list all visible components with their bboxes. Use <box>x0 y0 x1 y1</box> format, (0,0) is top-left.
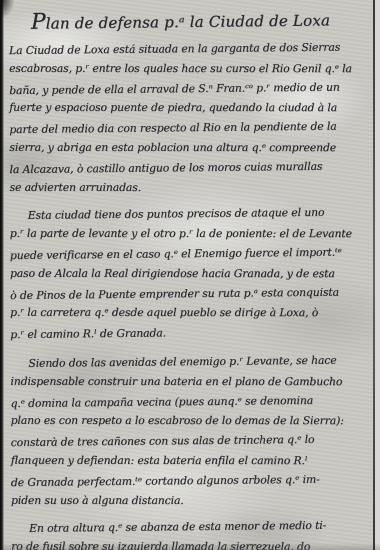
manuscript-line: Siendo dos las avenidas del enemigo p.ʳ … <box>10 350 367 374</box>
manuscript-line: se advierten arruinadas. <box>10 177 367 197</box>
top-left-smudge <box>0 0 14 18</box>
photo-right-edge-line <box>373 0 375 550</box>
manuscript-line: puede verificarse en el caso q.ᵉ el Enem… <box>10 242 367 266</box>
manuscript-line: de Granada perfectam.ᵗᵉ cortando algunos… <box>11 469 368 493</box>
manuscript-line: p.ʳ el camino R.ˡ de Granada. <box>10 321 367 345</box>
manuscript-line: sierra, y abriga en esta poblacion una a… <box>9 138 366 158</box>
manuscript-line: p.ʳ la carretera q.ᵉ desde aquel pueblo … <box>10 303 367 323</box>
manuscript-line: En otra altura q.ᵉ se abanza de esta men… <box>11 516 368 540</box>
manuscript-line: indispensable construir una bateria en e… <box>10 372 367 392</box>
manuscript-line: plano es con respeto a lo escabroso de l… <box>11 411 368 431</box>
manuscript-line: piden su uso à alguna distancia. <box>11 490 368 510</box>
paragraph-attack-points: Esta ciudad tiene dos puntos precisos de… <box>10 204 368 344</box>
manuscript-line: constarà de tres cañones con sus alas de… <box>11 429 368 453</box>
manuscript-line: q.ᵉ domina la campaña vecina (pues aunq.… <box>10 390 367 414</box>
manuscript-line: parte del medio dia con respecto al Rio … <box>9 117 366 141</box>
manuscript-line: Esta ciudad tiene dos puntos precisos de… <box>10 203 367 227</box>
manuscript-line: escabrosas, p.ʳ entre los quales hace su… <box>9 59 366 79</box>
manuscript-line: flanqueen y defiendan: esta bateria enfi… <box>11 451 368 471</box>
manuscript-line: la Alcazava, ò castillo antiguo de los m… <box>9 156 366 180</box>
manuscript-line: fuerte y espacioso puente de piedra, que… <box>9 98 366 118</box>
manuscript-page: Plan de defensa p.ᵃ la Ciudad de Loxa La… <box>0 0 380 550</box>
manuscript-line: paso de Alcala la Real dirigiendose haci… <box>10 264 367 284</box>
photo-bottom-shade <box>0 543 380 550</box>
paragraph-city-description: La Ciudad de Loxa está situada en la gar… <box>9 38 367 198</box>
manuscript-line: p.ʳ la parte de levante y el otro p.ʳ la… <box>10 224 367 244</box>
paragraph-battery-plan: Siendo dos las avenidas del enemigo p.ʳ … <box>10 351 368 511</box>
manuscript-line: La Ciudad de Loxa está situada en la gar… <box>9 37 366 61</box>
document-title: Plan de defensa p.ᵃ la Ciudad de Loxa <box>9 4 366 39</box>
photo-right-margin <box>375 0 380 550</box>
manuscript-text: Plan de defensa p.ᵃ la Ciudad de Loxa La… <box>9 5 368 550</box>
photo-left-edge <box>0 0 4 550</box>
